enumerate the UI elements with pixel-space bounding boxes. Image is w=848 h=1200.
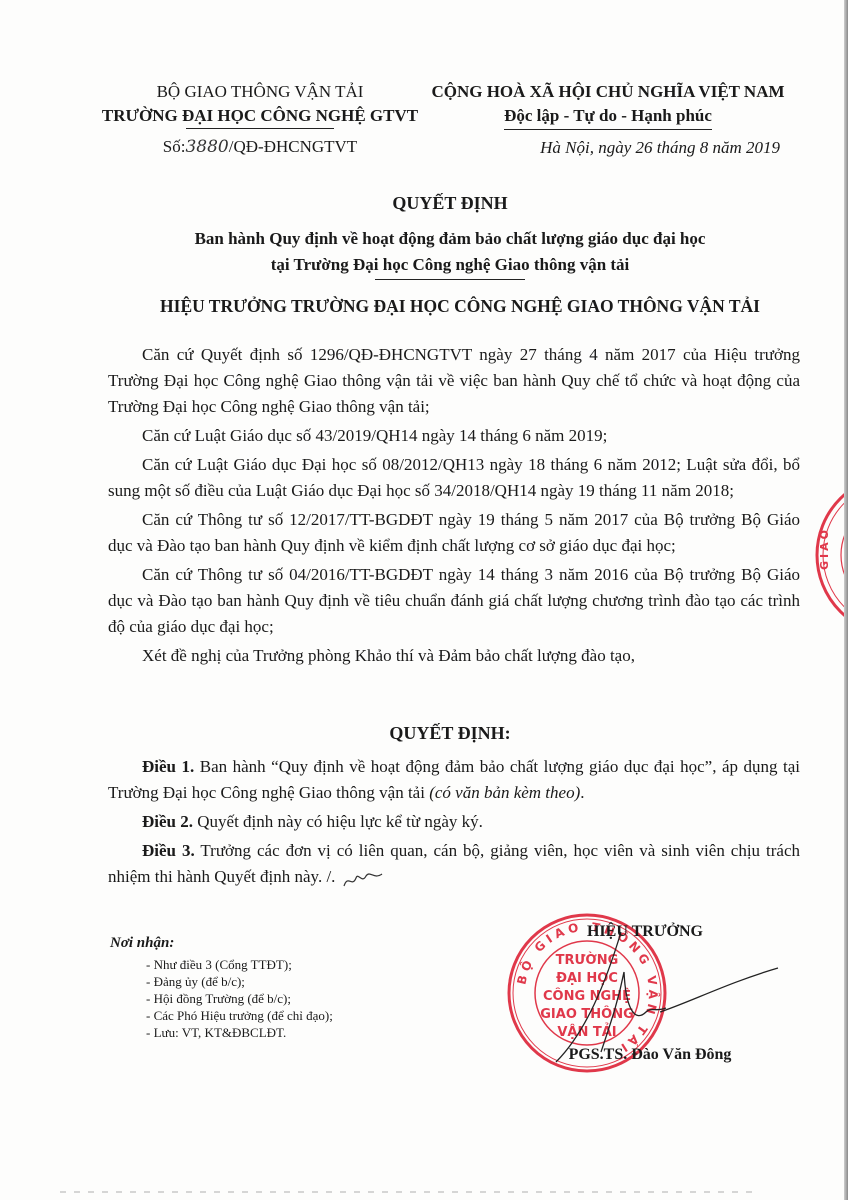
legal-basis: Căn cứ Luật Giáo dục số 43/2019/QH14 ngà…: [108, 423, 800, 449]
svg-text:CÔNG NGHỆ: CÔNG NGHỆ: [543, 988, 631, 1004]
legal-basis: Căn cứ Quyết định số 1296/QĐ-ĐHCNGTVT ng…: [108, 342, 800, 420]
scan-artifact: [60, 1191, 760, 1193]
ministry-name: BỘ GIAO THÔNG VẬN TẢI: [100, 80, 420, 104]
recipient-item: - Đảng ủy (để b/c);: [146, 973, 333, 990]
article-3: Điều 3. Trưởng các đơn vị có liên quan, …: [108, 838, 800, 890]
recipients-heading: Nơi nhận:: [110, 935, 333, 952]
recipient-item: - Lưu: VT, KT&ĐBCLĐT.: [146, 1024, 333, 1041]
issuing-authority-title: HIỆU TRƯỞNG TRƯỜNG ĐẠI HỌC CÔNG NGHỆ GIA…: [100, 296, 820, 317]
legal-basis: Xét đề nghị của Trưởng phòng Khảo thí và…: [108, 643, 800, 669]
svg-text:GIAO: GIAO: [818, 527, 831, 570]
legal-basis: Căn cứ Luật Giáo dục Đại học số 08/2012/…: [108, 452, 800, 504]
date-line: Hà Nội, ngày 26 tháng 8 năm 2019: [418, 136, 798, 160]
legal-bases: Căn cứ Quyết định số 1296/QĐ-ĐHCNGTVT ng…: [108, 342, 800, 672]
issuing-authority-block: BỘ GIAO THÔNG VẬN TẢI TRƯỜNG ĐẠI HỌC CÔN…: [100, 80, 420, 159]
header-underline: [186, 128, 334, 129]
country-name: CỘNG HOÀ XÃ HỘI CHỦ NGHĨA VIỆT NAM: [418, 80, 798, 104]
recipient-item: - Các Phó Hiệu trưởng (để chỉ đạo);: [146, 1007, 333, 1024]
legal-basis: Căn cứ Thông tư số 12/2017/TT-BGDĐT ngày…: [108, 507, 800, 559]
svg-text:ĐẠI HỌC: ĐẠI HỌC: [556, 971, 618, 986]
initials-scribble-icon: [340, 868, 384, 890]
document-title: QUYẾT ĐỊNH: [100, 193, 800, 214]
subtitle-underline: [375, 279, 525, 280]
articles: Điều 1. Ban hành “Quy định về hoạt động …: [108, 754, 800, 893]
scan-edge: [844, 0, 848, 1200]
legal-basis: Căn cứ Thông tư số 04/2016/TT-BGDĐT ngày…: [108, 562, 800, 640]
document-number: Số:3880/QĐ-ĐHCNGTVT: [100, 135, 420, 159]
recipients-block: Nơi nhận: - Như điều 3 (Cổng TTĐT); - Đả…: [110, 935, 333, 1041]
article-1: Điều 1. Ban hành “Quy định về hoạt động …: [108, 754, 800, 806]
decision-heading: QUYẾT ĐỊNH:: [100, 723, 800, 744]
national-motto: Độc lập - Tự do - Hạnh phúc: [504, 104, 712, 130]
handwritten-day: 26: [636, 138, 653, 157]
article-2: Điều 2. Quyết định này có hiệu lực kể từ…: [108, 809, 800, 835]
signature-stroke-icon: [660, 962, 780, 1022]
school-name: TRƯỜNG ĐẠI HỌC CÔNG NGHỆ GTVT: [100, 104, 420, 128]
signer-name: PGS.TS. Đào Văn Đông: [540, 1046, 760, 1064]
national-header-block: CỘNG HOÀ XÃ HỘI CHỦ NGHĨA VIỆT NAM Độc l…: [418, 80, 798, 160]
handwritten-number: 3880: [185, 137, 228, 157]
partial-seal-edge-icon: GIAO: [812, 470, 848, 640]
recipient-item: - Như điều 3 (Cổng TTĐT);: [146, 956, 333, 973]
svg-text:TRƯỜNG: TRƯỜNG: [556, 952, 619, 968]
recipient-item: - Hội đồng Trường (để b/c);: [146, 990, 333, 1007]
signer-title: HIỆU TRƯỞNG: [575, 923, 715, 941]
document-subtitle: Ban hành Quy định về hoạt động đảm bảo c…: [100, 226, 800, 280]
